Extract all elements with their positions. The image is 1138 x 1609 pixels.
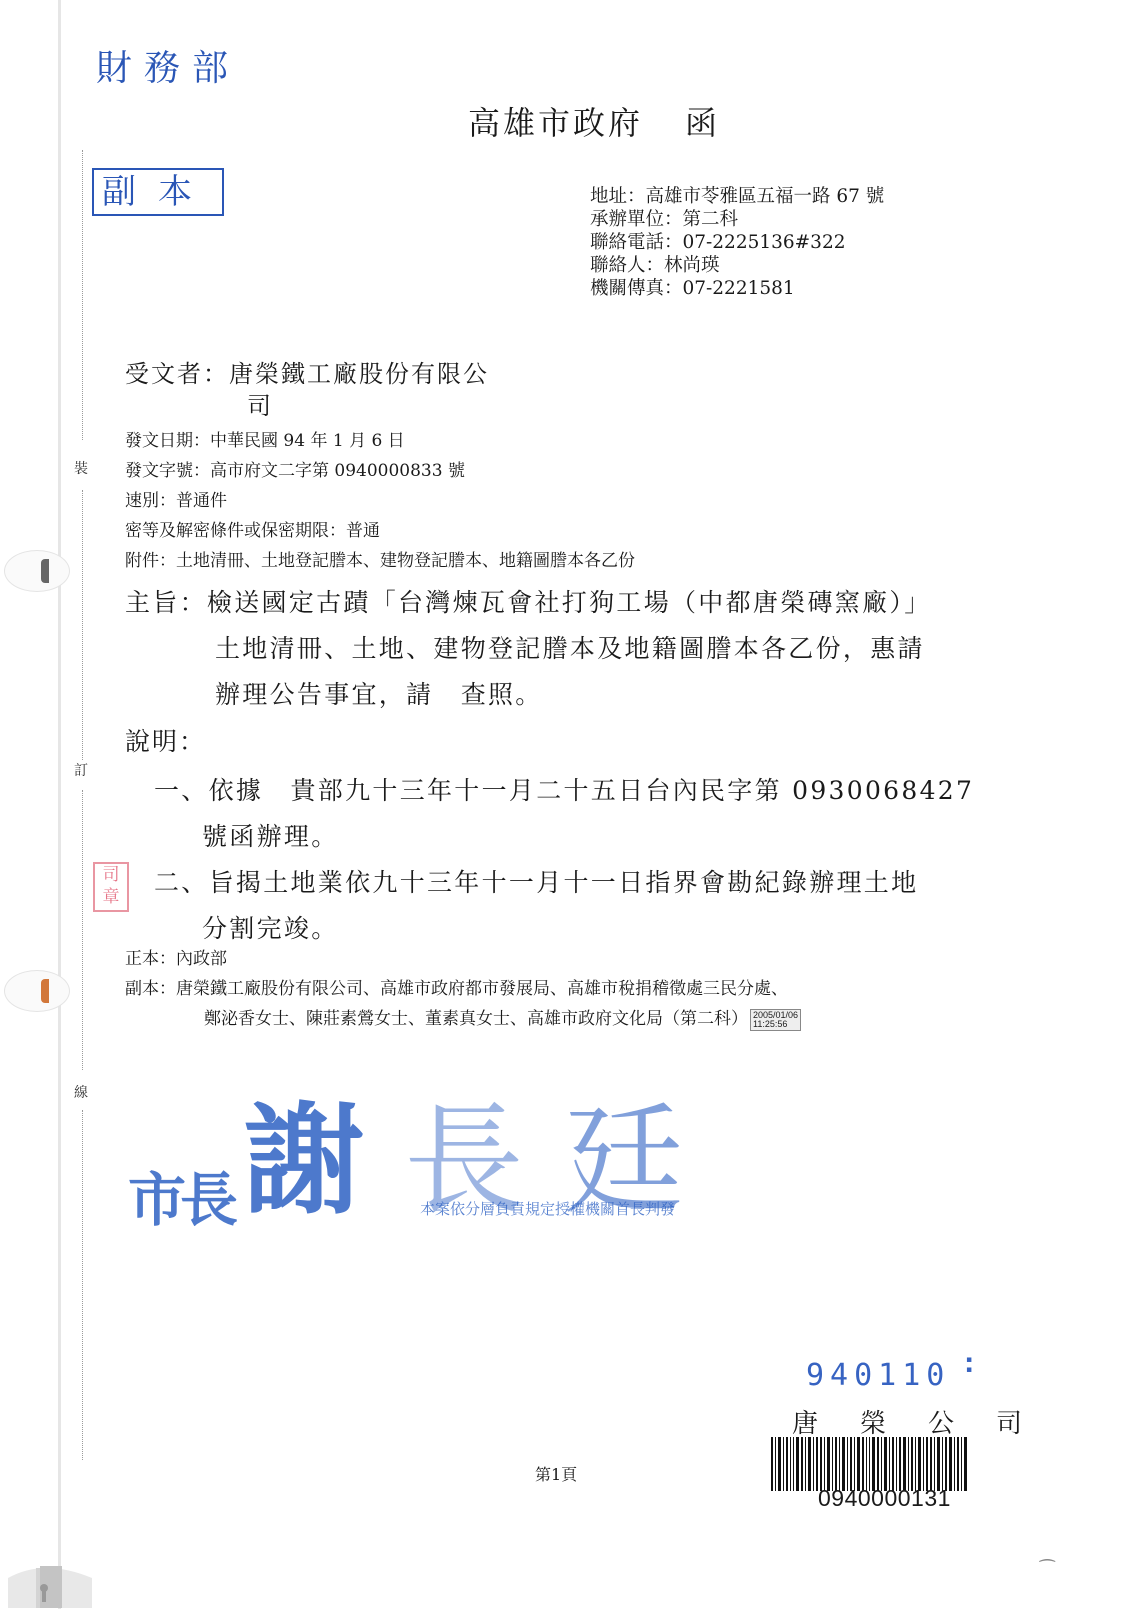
punch-hole-icon — [4, 970, 70, 1012]
mayor-name-char: 謝 — [244, 1090, 364, 1231]
copy-recipients-cont: 鄭泌香女士、陳莊素鶯女士、董素真女士、高雄市政府文化局（第二科）2005/01/… — [125, 1004, 801, 1034]
scan-edge-line — [58, 0, 61, 1609]
received-mark: ▪▪ — [966, 1355, 972, 1375]
explanation-text: 二、旨揭土地業依九十三年十一月十一日指界會勘紀錄辦理土地 — [154, 868, 918, 897]
issuer-name: 高雄市政府 — [468, 104, 643, 142]
subject: 主旨：檢送國定古蹟「台灣煉瓦會社打狗工場（中都唐榮磚窯廠）」 土地清冊、土地、建… — [125, 580, 1005, 718]
binding-dotted-line — [82, 790, 83, 1070]
subject-line: 主旨：檢送國定古蹟「台灣煉瓦會社打狗工場（中都唐榮磚窯廠）」 — [125, 588, 932, 617]
binding-mark-xian: 線 — [74, 1082, 88, 1102]
contact-unit: 承辦單位：第二科 — [590, 208, 884, 231]
binding-dotted-line — [82, 1110, 83, 1460]
binding-mark-ding: 訂 — [74, 760, 88, 780]
binding-dotted-line — [82, 490, 83, 760]
contact-person: 聯絡人：林尚瑛 — [590, 254, 884, 277]
barcode-icon — [771, 1437, 1025, 1491]
contact-phone: 聯絡電話：07-2225136#322 — [590, 231, 884, 254]
department-stamp: 財務部 — [96, 40, 240, 91]
subject-line: 辦理公告事宜，請 查照。 — [125, 672, 1005, 718]
explanation-label: 說明： — [125, 722, 206, 758]
recipient-name-cont: 司 — [125, 390, 489, 422]
recipient: 受文者：唐榮鐵工廠股份有限公 司 — [125, 358, 489, 422]
binding-mark-zhuang: 裝 — [74, 458, 88, 478]
red-seal-stamp: 司 章 — [93, 862, 129, 912]
copy-recipients: 副本：唐榮鐵工廠股份有限公司、高雄市政府都市發展局、高雄市稅捐稽徵處三民分處、 — [125, 974, 801, 1004]
copy-stamp: 副本 — [92, 168, 224, 216]
mayor-title: 市長 — [128, 1166, 232, 1234]
attachments: 附件：土地清冊、土地登記謄本、建物登記謄本、地籍圖謄本各乙份 — [125, 546, 635, 576]
subject-line: 土地清冊、土地、建物登記謄本及地籍圖謄本各乙份，惠請 — [125, 626, 1005, 672]
recipient-label: 受文者： — [125, 360, 229, 388]
recipient-name: 唐榮鐵工廠股份有限公 — [229, 360, 489, 388]
distribution: 正本：內政部 副本：唐榮鐵工廠股份有限公司、高雄市政府都市發展局、高雄市稅捐稽徵… — [125, 944, 801, 1034]
seal-char: 司 — [95, 864, 127, 886]
timestamp-time: 11:25:56 — [753, 1019, 787, 1029]
explanation-item: 二、旨揭土地業依九十三年十一月十一日指界會勘紀錄辦理土地 分割完竣。 — [154, 860, 994, 952]
scanner-logo-icon — [4, 1548, 94, 1608]
seal-char: 章 — [95, 886, 127, 908]
receiving-company: 唐榮公司 — [792, 1403, 1064, 1440]
document-title: 高雄市政府函 — [468, 98, 720, 144]
page-number: 第1頁 — [535, 1462, 577, 1485]
explanation-list: 一、依據 貴部九十三年十一月二十五日台內民字第 0930068427 號函辦理。… — [154, 768, 994, 952]
explanation-text: 號函辦理。 — [154, 814, 994, 860]
secrecy-class: 密等及解密條件或保密期限：普通 — [125, 516, 635, 546]
print-timestamp: 2005/01/0611:25:56 — [750, 1009, 801, 1031]
issue-date: 發文日期：中華民國 94 年 1 月 6 日 — [125, 426, 635, 456]
contact-fax: 機關傳真：07-2221581 — [590, 277, 884, 300]
copy-recipients-text: 鄭泌香女士、陳莊素鶯女士、董素真女士、高雄市政府文化局（第二科） — [204, 1009, 748, 1029]
contact-block: 地址：高雄市苓雅區五福一路 67 號 承辦單位：第二科 聯絡電話：07-2225… — [590, 185, 884, 300]
issue-number: 發文字號：高市府文二字第 0940000833 號 — [125, 456, 635, 486]
received-date-stamp: 940110 — [806, 1358, 950, 1393]
speed-class: 速別：普通件 — [125, 486, 635, 516]
binding-dotted-line — [82, 150, 83, 440]
original-recipient: 正本：內政部 — [125, 944, 801, 974]
document-meta: 發文日期：中華民國 94 年 1 月 6 日 發文字號：高市府文二字第 0940… — [125, 426, 635, 576]
explanation-item: 一、依據 貴部九十三年十一月二十五日台內民字第 0930068427 號函辦理。 — [154, 768, 994, 860]
explanation-text: 一、依據 貴部九十三年十一月二十五日台內民字第 0930068427 — [154, 776, 974, 805]
punch-hole-icon — [4, 550, 70, 592]
barcode-number: 0940000131 — [818, 1485, 951, 1512]
contact-address: 地址：高雄市苓雅區五福一路 67 號 — [590, 185, 884, 208]
corner-mark: ⁀ — [1040, 1560, 1054, 1581]
doc-type: 函 — [685, 104, 720, 142]
delegation-note: 本案依分層負責規定授權機關首長判發 — [420, 1198, 675, 1219]
